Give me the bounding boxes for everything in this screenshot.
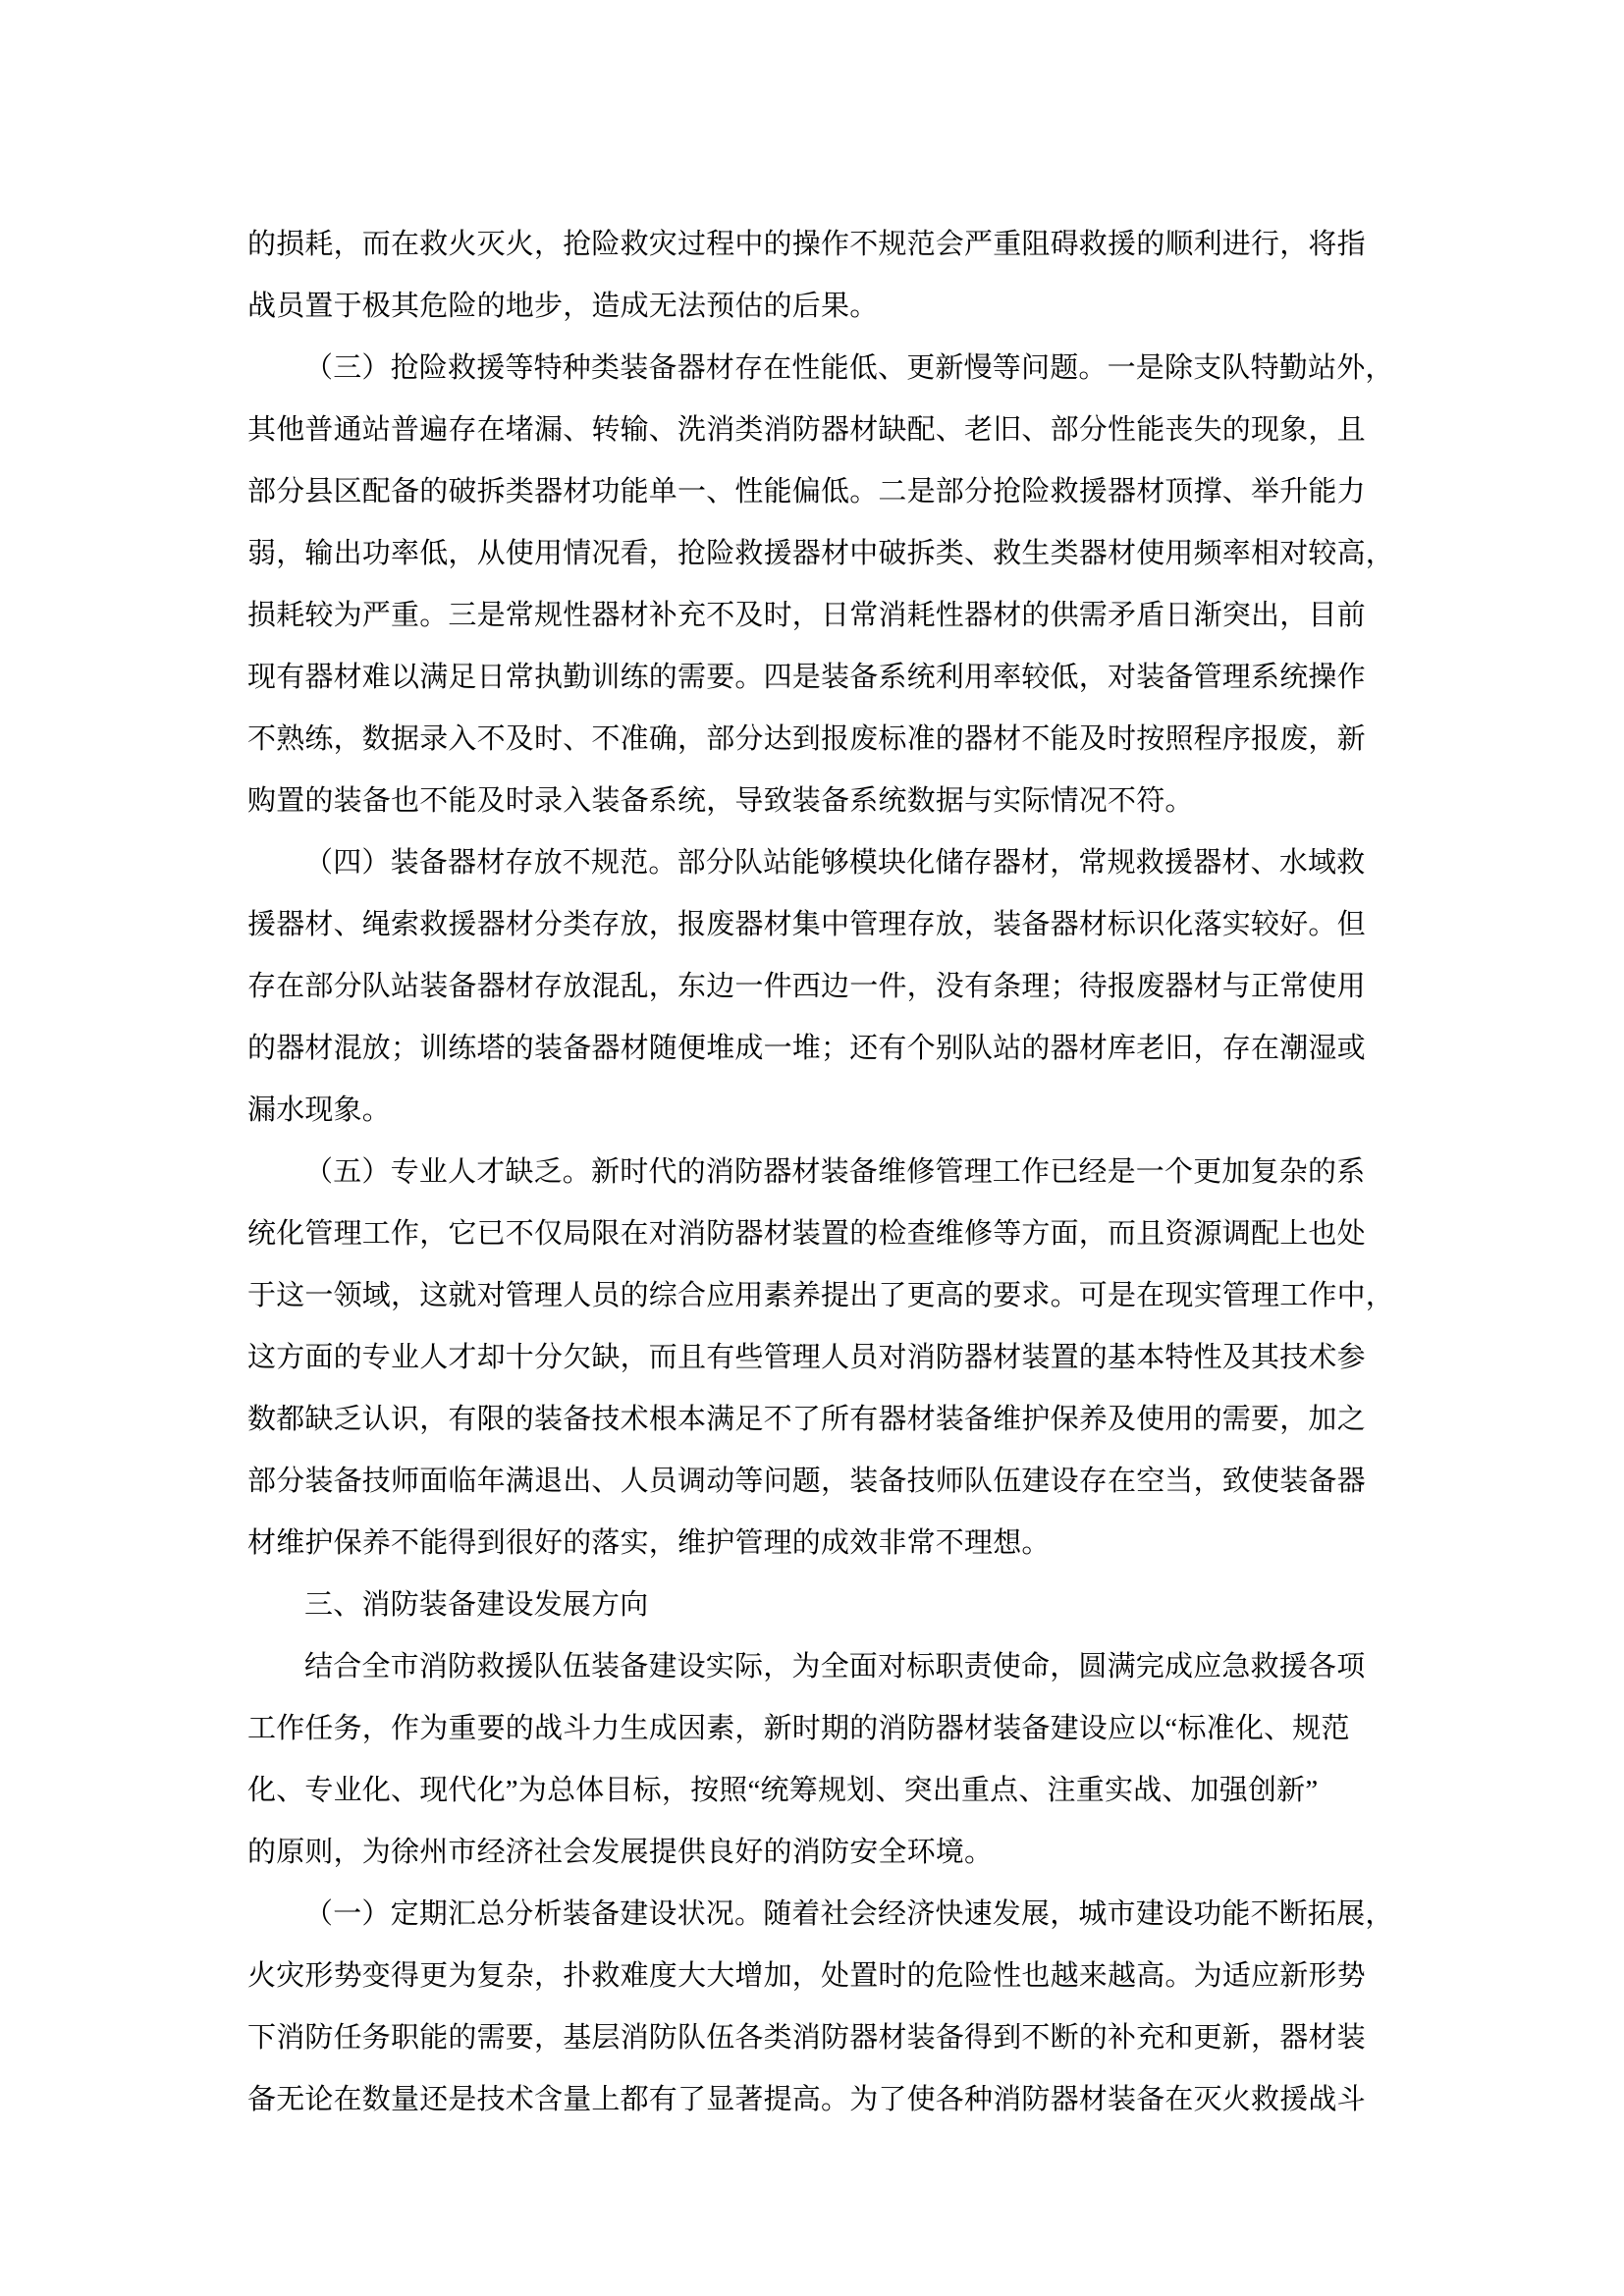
- text-line: 购置的装备也不能及时录入装备系统，导致装备系统数据与实际情况不符。: [247, 771, 1386, 832]
- text-line: 的损耗，而在救火灭火，抢险救灾过程中的操作不规范会严重阻碍救援的顺利进行，将指: [247, 214, 1386, 276]
- text-line: 材维护保养不能得到很好的落实，维护管理的成效非常不理想。: [247, 1513, 1386, 1575]
- paragraph: （五）专业人才缺乏。新时代的消防器材装备维修管理工作已经是一个更加复杂的系统化管…: [247, 1142, 1386, 1575]
- text-line: 结合全市消防救援队伍装备建设实际，为全面对标职责使命，圆满完成应急救援各项: [247, 1636, 1386, 1698]
- paragraph: （四）装备器材存放不规范。部分队站能够模块化储存器材，常规救援器材、水域救援器材…: [247, 832, 1386, 1142]
- text-line: 不熟练，数据录入不及时、不准确，部分达到报废标准的器材不能及时按照程序报废，新: [247, 709, 1386, 771]
- text-line: 工作任务，作为重要的战斗力生成因素，新时期的消防器材装备建设应以“标准化、规范: [247, 1698, 1386, 1760]
- text-line: （一）定期汇总分析装备建设状况。随着社会经济快速发展，城市建设功能不断拓展，: [247, 1884, 1386, 1946]
- paragraph: 的损耗，而在救火灭火，抢险救灾过程中的操作不规范会严重阻碍救援的顺利进行，将指战…: [247, 214, 1386, 338]
- text-line: 化、专业化、现代化”为总体目标，按照“统筹规划、突出重点、注重实战、加强创新”: [247, 1760, 1386, 1822]
- paragraph: （三）抢险救援等特种类装备器材存在性能低、更新慢等问题。一是除支队特勤站外，其他…: [247, 338, 1386, 832]
- text-line: 弱，输出功率低，从使用情况看，抢险救援器材中破拆类、救生类器材使用频率相对较高，: [247, 523, 1386, 585]
- text-line: 的原则，为徐州市经济社会发展提供良好的消防安全环境。: [247, 1822, 1386, 1884]
- text-line: 这方面的专业人才却十分欠缺，而且有些管理人员对消防器材装置的基本特性及其技术参: [247, 1327, 1386, 1389]
- text-line: 战员置于极其危险的地步，造成无法预估的后果。: [247, 276, 1386, 338]
- text-line: 下消防任务职能的需要，基层消防队伍各类消防器材装备得到不断的补充和更新，器材装: [247, 2007, 1386, 2069]
- text-line: 统化管理工作，它已不仅局限在对消防器材装置的检查维修等方面，而且资源调配上也处: [247, 1203, 1386, 1265]
- text-line: 存在部分队站装备器材存放混乱，东边一件西边一件，没有条理；待报废器材与正常使用: [247, 956, 1386, 1018]
- text-line: 数都缺乏认识，有限的装备技术根本满足不了所有器材装备维护保养及使用的需要，加之: [247, 1389, 1386, 1451]
- text-line: 于这一领域，这就对管理人员的综合应用素养提出了更高的要求。可是在现实管理工作中，: [247, 1265, 1386, 1327]
- text-line: 备无论在数量还是技术含量上都有了显著提高。为了使各种消防器材装备在灭火救援战斗: [247, 2069, 1386, 2131]
- paragraph: （一）定期汇总分析装备建设状况。随着社会经济快速发展，城市建设功能不断拓展，火灾…: [247, 1884, 1386, 2131]
- section-heading-text: 三、消防装备建设发展方向: [247, 1575, 1386, 1636]
- section-heading: 三、消防装备建设发展方向: [247, 1575, 1386, 1636]
- text-line: 火灾形势变得更为复杂，扑救难度大大增加，处置时的危险性也越来越高。为适应新形势: [247, 1946, 1386, 2007]
- text-line: 漏水现象。: [247, 1080, 1386, 1142]
- document-text-column: 的损耗，而在救火灭火，抢险救灾过程中的操作不规范会严重阻碍救援的顺利进行，将指战…: [247, 214, 1386, 2131]
- text-line: 损耗较为严重。三是常规性器材补充不及时，日常消耗性器材的供需矛盾日渐突出，目前: [247, 585, 1386, 647]
- text-line: 部分装备技师面临年满退出、人员调动等问题，装备技师队伍建设存在空当，致使装备器: [247, 1451, 1386, 1513]
- text-line: 现有器材难以满足日常执勤训练的需要。四是装备系统利用率较低，对装备管理系统操作: [247, 647, 1386, 709]
- text-line: 其他普通站普遍存在堵漏、转输、洗消类消防器材缺配、老旧、部分性能丧失的现象，且: [247, 400, 1386, 461]
- document-page: 的损耗，而在救火灭火，抢险救灾过程中的操作不规范会严重阻碍救援的顺利进行，将指战…: [0, 0, 1624, 2296]
- text-line: 部分县区配备的破拆类器材功能单一、性能偏低。二是部分抢险救援器材顶撑、举升能力: [247, 461, 1386, 523]
- paragraph: 结合全市消防救援队伍装备建设实际，为全面对标职责使命，圆满完成应急救援各项工作任…: [247, 1636, 1386, 1884]
- text-line: 援器材、绳索救援器材分类存放，报废器材集中管理存放，装备器材标识化落实较好。但: [247, 894, 1386, 956]
- text-line: （五）专业人才缺乏。新时代的消防器材装备维修管理工作已经是一个更加复杂的系: [247, 1142, 1386, 1203]
- text-line: （三）抢险救援等特种类装备器材存在性能低、更新慢等问题。一是除支队特勤站外，: [247, 338, 1386, 400]
- text-line: 的器材混放；训练塔的装备器材随便堆成一堆；还有个别队站的器材库老旧，存在潮湿或: [247, 1018, 1386, 1080]
- text-line: （四）装备器材存放不规范。部分队站能够模块化储存器材，常规救援器材、水域救: [247, 832, 1386, 894]
